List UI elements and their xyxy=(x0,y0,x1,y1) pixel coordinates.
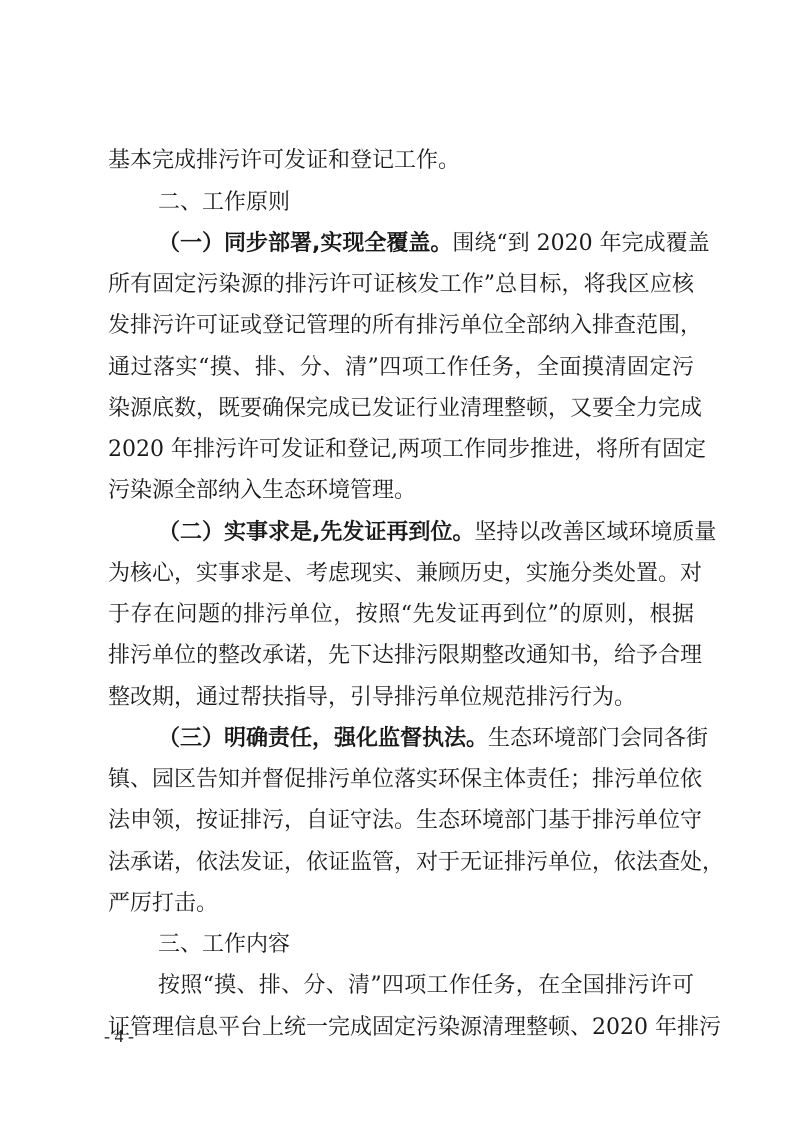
body-text-line: 染源底数，既要确保完成已发证行业清理整顿，又要全力完成 xyxy=(108,394,694,424)
body-text-line: 污染源全部纳入生态环境管理。 xyxy=(108,476,694,506)
body-text-line: 严厉打击。 xyxy=(108,889,694,919)
principle-2-title: （二）实事求是,先发证再到位。 xyxy=(158,520,474,545)
body-text-line: 发排污许可证或登记管理的所有排污单位全部纳入排查范围， xyxy=(108,311,694,341)
page-number: - 4 - xyxy=(104,1026,134,1047)
principle-3-title: （三）明确责任，强化监督执法。 xyxy=(158,726,488,751)
body-text-line: 法申领，按证排污，自证守法。生态环境部门基于排污单位守 xyxy=(108,806,694,836)
principle-1-text: 围绕“到 2020 年完成覆盖 xyxy=(452,231,709,256)
body-text-line: 排污单位的整改承诺，先下达排污限期整改通知书，给予合理 xyxy=(108,641,694,671)
section-heading-content: 三、工作内容 xyxy=(158,930,694,960)
body-text-line: 整改期，通过帮扶指导，引导排污单位规范排污行为。 xyxy=(108,683,694,713)
principle-3-line: （三）明确责任，强化监督执法。生态环境部门会同各街 xyxy=(158,724,694,754)
body-text-line: 所有固定污染源的排污许可证核发工作”总目标，将我区应核 xyxy=(108,270,694,300)
body-text-line: 证管理信息平台上统一完成固定污染源清理整顿、2020 年排污 xyxy=(108,1013,694,1043)
body-text-line: 2020 年排污许可发证和登记,两项工作同步推进，将所有固定 xyxy=(108,435,694,465)
body-text-line: 为核心，实事求是、考虑现实、兼顾历史，实施分类处置。对 xyxy=(108,559,694,589)
body-text-line: 于存在问题的排污单位，按照“先发证再到位”的原则，根据 xyxy=(108,600,694,630)
principle-3-text: 生态环境部门会同各街 xyxy=(488,726,708,751)
body-text-line: 镇、园区告知并督促排污单位落实环保主体责任；排污单位依 xyxy=(108,765,694,795)
body-text-line: 通过落实“摸、排、分、清”四项工作任务，全面摸清固定污 xyxy=(108,353,694,383)
body-text-line: 按照“摸、排、分、清”四项工作任务，在全国排污许可 xyxy=(158,971,694,1001)
principle-1-line: （一）同步部署,实现全覆盖。围绕“到 2020 年完成覆盖 xyxy=(158,229,694,259)
principle-1-title: （一）同步部署,实现全覆盖。 xyxy=(158,231,452,256)
body-text-line: 法承诺，依法发证，依证监管，对于无证排污单位，依法查处， xyxy=(108,848,694,878)
principle-2-line: （二）实事求是,先发证再到位。坚持以改善区域环境质量 xyxy=(158,518,694,548)
section-heading-principles: 二、工作原则 xyxy=(158,188,694,218)
principle-2-text: 坚持以改善区域环境质量 xyxy=(474,520,716,545)
document-page: 基本完成排污许可发证和登记工作。 二、工作原则 （一）同步部署,实现全覆盖。围绕… xyxy=(0,0,800,1130)
body-text-line: 基本完成排污许可发证和登记工作。 xyxy=(108,146,694,176)
